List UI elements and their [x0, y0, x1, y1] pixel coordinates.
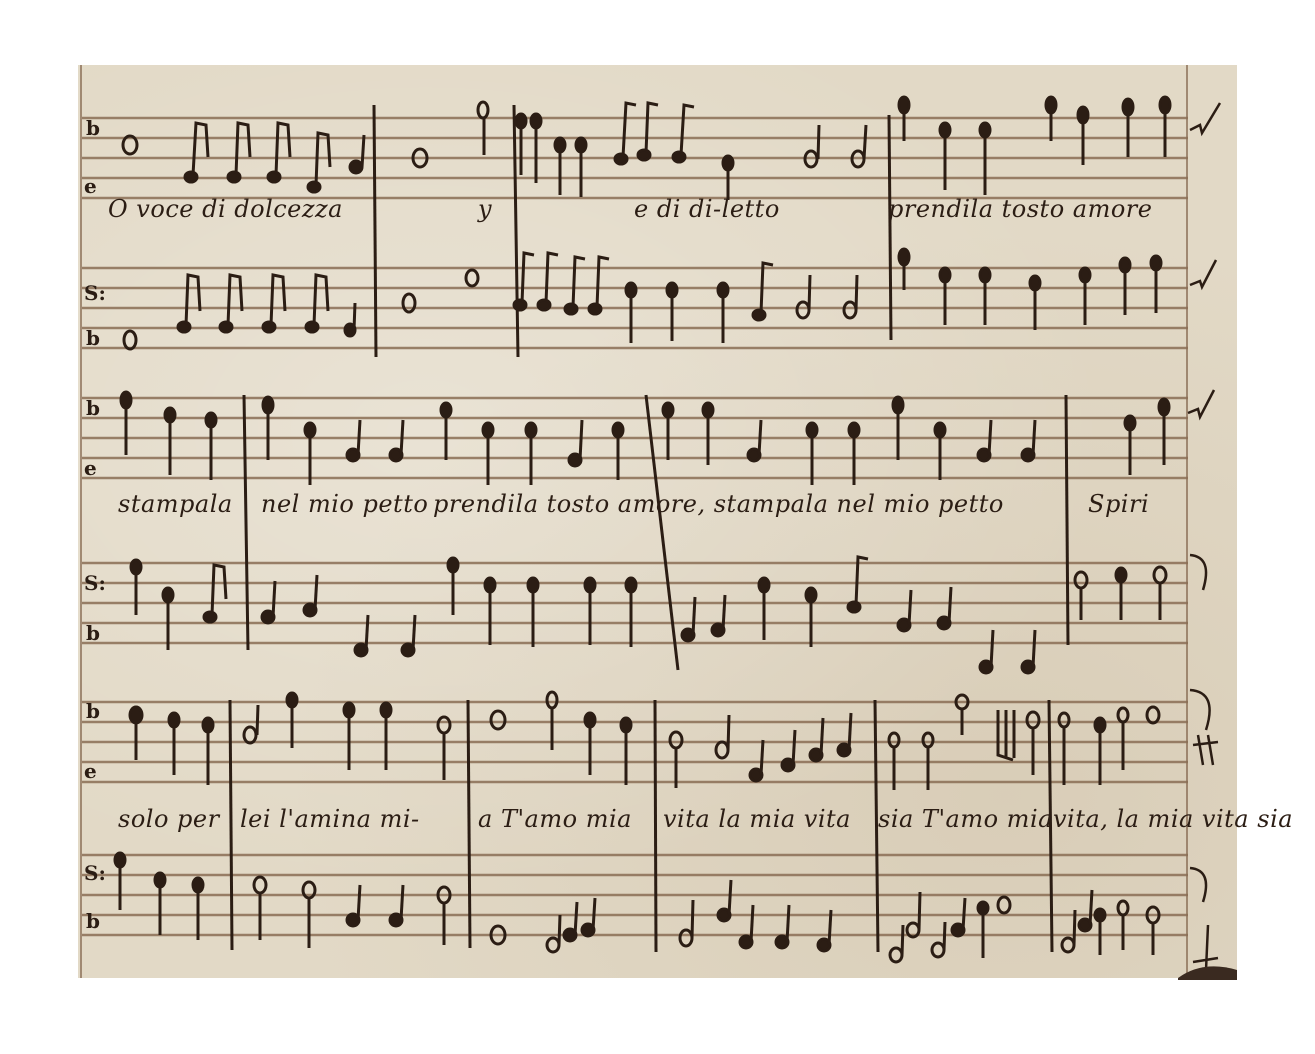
lyric-segment: stampala	[118, 490, 233, 518]
system-1: be S:b	[78, 85, 1237, 385]
lyric-segment: prendila tosto amore, stampala nel mio p…	[433, 490, 1004, 518]
lyric-segment: a T'amo mia	[478, 805, 632, 833]
lyric-segment: O voce di dolcezza	[108, 195, 343, 223]
system-2-lyrics: stampala nel mio petto prendila tosto am…	[78, 490, 1188, 522]
lyric-segment: sia T'amo mia	[878, 805, 1053, 833]
manuscript-page: be S:b O voce di dolcezza y e di di-lett…	[78, 65, 1237, 978]
system-2-notation: be S:b	[78, 385, 1237, 695]
svg-text:b: b	[86, 396, 100, 420]
svg-text:S:: S:	[84, 281, 106, 305]
lyric-segment: e di di-letto	[634, 195, 780, 223]
lyric-segment: Spiri	[1088, 490, 1149, 518]
system-1-notation: be S:b	[78, 85, 1237, 385]
svg-text:e: e	[84, 759, 97, 783]
lyric-segment: vita la mia vita	[663, 805, 851, 833]
svg-text:b: b	[86, 116, 100, 140]
svg-text:e: e	[84, 456, 97, 480]
svg-text:b: b	[86, 621, 100, 645]
lyric-segment: solo per	[118, 805, 220, 833]
lyric-segment: nel mio petto	[261, 490, 428, 518]
svg-text:S:: S:	[84, 861, 106, 885]
lyric-segment: lei l'amina mi-	[240, 805, 420, 833]
ink-blot	[1178, 966, 1237, 980]
system-1-lyrics: O voce di dolcezza y e di di-letto prend…	[78, 195, 1188, 227]
lyric-segment: y	[478, 195, 492, 223]
system-2: be S:b	[78, 385, 1237, 695]
svg-text:b: b	[86, 326, 100, 350]
svg-text:S:: S:	[84, 571, 106, 595]
lyric-segment: prendila tosto amore	[888, 195, 1152, 223]
svg-text:b: b	[86, 699, 100, 723]
lyric-segment: vita, la mia vita sia	[1053, 805, 1293, 833]
svg-text:b: b	[86, 909, 100, 933]
system-3-lyrics: solo per lei l'amina mi- a T'amo mia vit…	[78, 805, 1237, 837]
